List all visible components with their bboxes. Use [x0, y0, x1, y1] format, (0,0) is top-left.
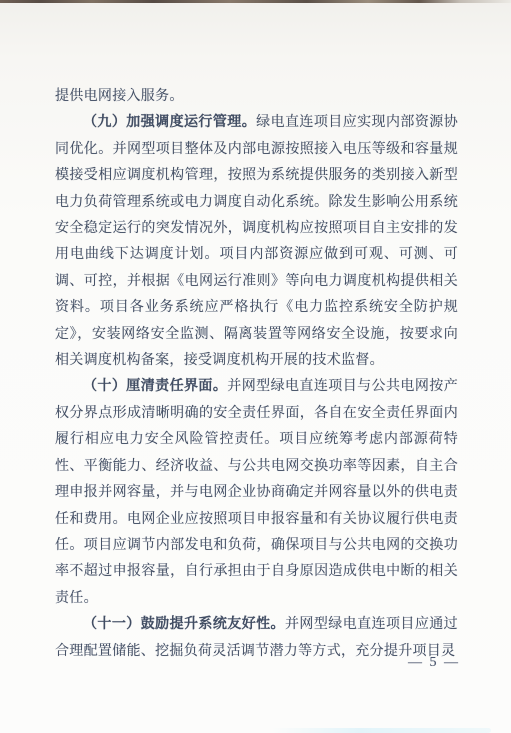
- paragraph: 提供电网接入服务。: [55, 84, 458, 110]
- paragraph-text: 提供电网接入服务。: [55, 89, 184, 104]
- paragraph: （十一）鼓励提升系统友好性。并网型绿电直连项目应通过合理配置储能、挖掘负荷灵活调…: [55, 612, 458, 665]
- page-number: — 5 —: [408, 655, 460, 671]
- paragraph: （十）厘清责任界面。并网型绿电直连项目与公共电网按产权分界点形成清晰明确的安全责…: [55, 374, 458, 612]
- scan-edge-artifact: [0, 0, 511, 3]
- paragraph-heading: （九）加强调度运行管理。: [83, 115, 256, 130]
- scanned-document-page: { "document": { "paragraphs": [ { "inden…: [0, 0, 511, 733]
- document-body: 提供电网接入服务。（九）加强调度运行管理。绿电直连项目应实现内部资源协同优化。并…: [55, 84, 458, 665]
- scan-smudge-artifact: [271, 728, 491, 733]
- paragraph: （九）加强调度运行管理。绿电直连项目应实现内部资源协同优化。并网型项目整体及内部…: [55, 110, 458, 374]
- paragraph-text: 绿电直连项目应实现内部资源协同优化。并网型项目整体及内部电源按照接入电压等级和容…: [55, 115, 458, 368]
- paragraph-heading: （十一）鼓励提升系统友好性。: [83, 617, 285, 632]
- paragraph-heading: （十）厘清责任界面。: [83, 379, 227, 394]
- paragraph-text: 并网型绿电直连项目与公共电网按产权分界点形成清晰明确的安全责任界面，各自在安全责…: [55, 379, 458, 605]
